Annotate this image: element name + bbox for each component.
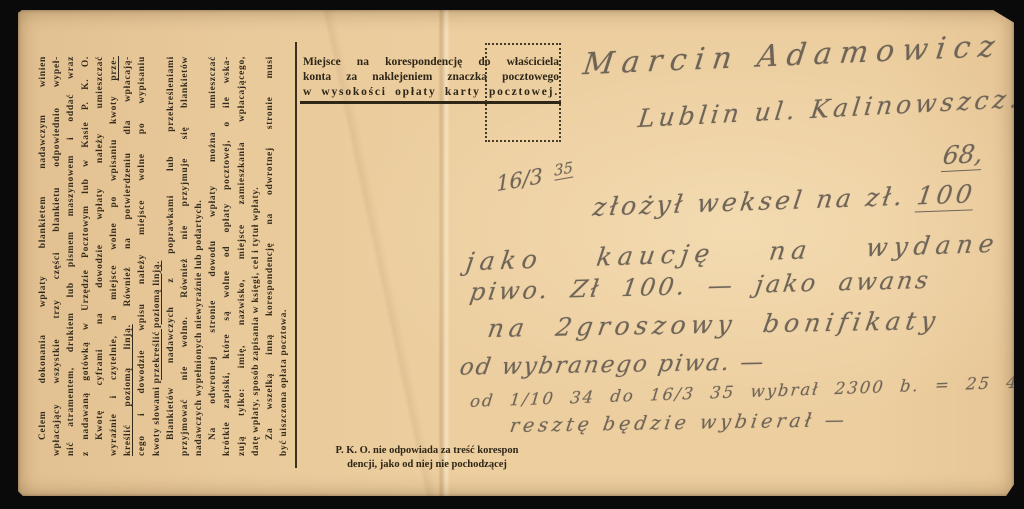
instruction-text: cego i dowodzie wpisu należy miejsce wol…: [137, 56, 147, 456]
instruction-line: wyraźnie i czytelnie, a miejsce wolne po…: [107, 56, 121, 456]
handwriting-note-line-5: od wybranego piwa. —: [458, 349, 767, 380]
instruction-text: Blankietów nadawczych z poprawkami lub p…: [166, 56, 176, 440]
handwriting-note-line-7: resztę będzie wybierał —: [508, 409, 849, 437]
handwriting-house-number: 68,: [941, 139, 984, 170]
instruction-text: wyraźnie i czytelnie, a miejsce wolne po…: [109, 81, 119, 456]
instruction-line: krótkie zapiski, które są wolne od opłat…: [220, 56, 234, 456]
instruction-line: nić atramentem, drukiem lub pismem maszy…: [64, 56, 78, 456]
instruction-line: z nadawaną gotówką w Urzędzie Pocztowym …: [79, 56, 93, 456]
handwriting-address: Lublin ul. Kalinowszcz.: [636, 84, 1023, 133]
instruction-text: zują tylko: imię, nazwisko, miejsce zami…: [237, 56, 247, 456]
note1-amount: 100: [915, 179, 978, 212]
instruction-line: Kwotę cyframi na dowodzie wpłaty należy …: [93, 56, 107, 456]
instruction-text: Za wszelką inną korespondencję na odwrot…: [265, 56, 275, 440]
instruction-text: nadawczych wypełnionych niewyraźnie lub …: [194, 200, 204, 456]
handwriting-note-line-1: złożył weksel na zł. 100: [591, 179, 977, 222]
instruction-line: zują tylko: imię, nazwisko, miejsce zami…: [235, 56, 249, 456]
instruction-line: kreślić poziomą linją. Również na potwie…: [121, 56, 135, 456]
instruction-text: kwoty słowami: [152, 383, 162, 456]
divider-rule: [295, 42, 297, 468]
instruction-text: Również na potwierdzeniu dla wpłacają-: [123, 56, 133, 324]
instruction-line: Celem dokonania wpłaty blankietem nadawc…: [36, 56, 50, 456]
instruction-line: przyjmować nie wolno. Również nie przyjm…: [178, 56, 192, 456]
house-number-text: 68,: [941, 139, 985, 172]
stamp-box: [485, 43, 561, 142]
instruction-line: Za wszelką inną korespondencję na odwrot…: [263, 56, 277, 456]
instruction-line: być uiszczona opłata pocztowa.: [277, 56, 291, 456]
instruction-line: cego i dowodzie wpisu należy miejsce wol…: [135, 56, 149, 456]
instruction-text: Kwotę cyframi na dowodzie wpłaty należy …: [95, 56, 105, 440]
instruction-text: nić atramentem, drukiem lub pismem maszy…: [66, 56, 76, 456]
instruction-line: Na odwrotnej stronie dowodu wpłaty można…: [206, 56, 220, 456]
instruction-text: Celem dokonania wpłaty blankietem nadawc…: [38, 56, 48, 440]
instructions-block: Celem dokonania wpłaty blankietem nadawc…: [36, 56, 292, 456]
instruction-line: wpłacający wszystkie trzy części blankie…: [50, 56, 64, 456]
instruction-line: nadawczych wypełnionych niewyraźnie lub …: [192, 56, 206, 456]
handwriting-date: 16/3: [496, 164, 543, 196]
instruction-underlined-text: przekreślić poziomą linją.: [152, 261, 162, 384]
instruction-underlined-text: prze-: [109, 56, 119, 81]
instruction-text: przyjmować nie wolno. Również nie przyjm…: [180, 56, 190, 456]
instruction-underlined-text: kreślić poziomą linją.: [123, 324, 133, 456]
instruction-line: kwoty słowami przekreślić poziomą linją.: [150, 56, 164, 456]
handwriting-recipient-name: Marcin Adamowicz: [581, 29, 1005, 83]
handwriting-date-year: 35: [554, 158, 573, 180]
instruction-text: datę wpłaty, sposób zapisania w księgi, …: [251, 187, 261, 456]
postcard-scan: Celem dokonania wpłaty blankietem nadawc…: [18, 10, 1014, 496]
handwriting-note-line-4: na 2groszowy bonifikaty: [486, 306, 943, 343]
disclaimer: P. K. O. nie odpowiada za treść korespon…: [286, 444, 568, 471]
instruction-text: wpłacający wszystkie trzy części blankie…: [52, 56, 62, 456]
instruction-line: datę wpłaty, sposób zapisania w księgi, …: [249, 56, 263, 456]
instruction-text: być uiszczona opłata pocztowa.: [279, 309, 289, 456]
instruction-text: Na odwrotnej stronie dowodu wpłaty można…: [208, 56, 218, 440]
instruction-text: z nadawaną gotówką w Urzędzie Pocztowym …: [81, 56, 91, 456]
disclaimer-line: dencji, jako od niej nie pochodzącej: [286, 458, 568, 472]
note1-text: złożył weksel na zł.: [591, 181, 919, 221]
disclaimer-line: P. K. O. nie odpowiada za treść korespon: [286, 444, 568, 458]
instructions-rotated-text: Celem dokonania wpłaty blankietem nadawc…: [36, 56, 292, 456]
instruction-line: Blankietów nadawczych z poprawkami lub p…: [164, 56, 178, 456]
instruction-text: krótkie zapiski, które są wolne od opłat…: [222, 56, 232, 456]
